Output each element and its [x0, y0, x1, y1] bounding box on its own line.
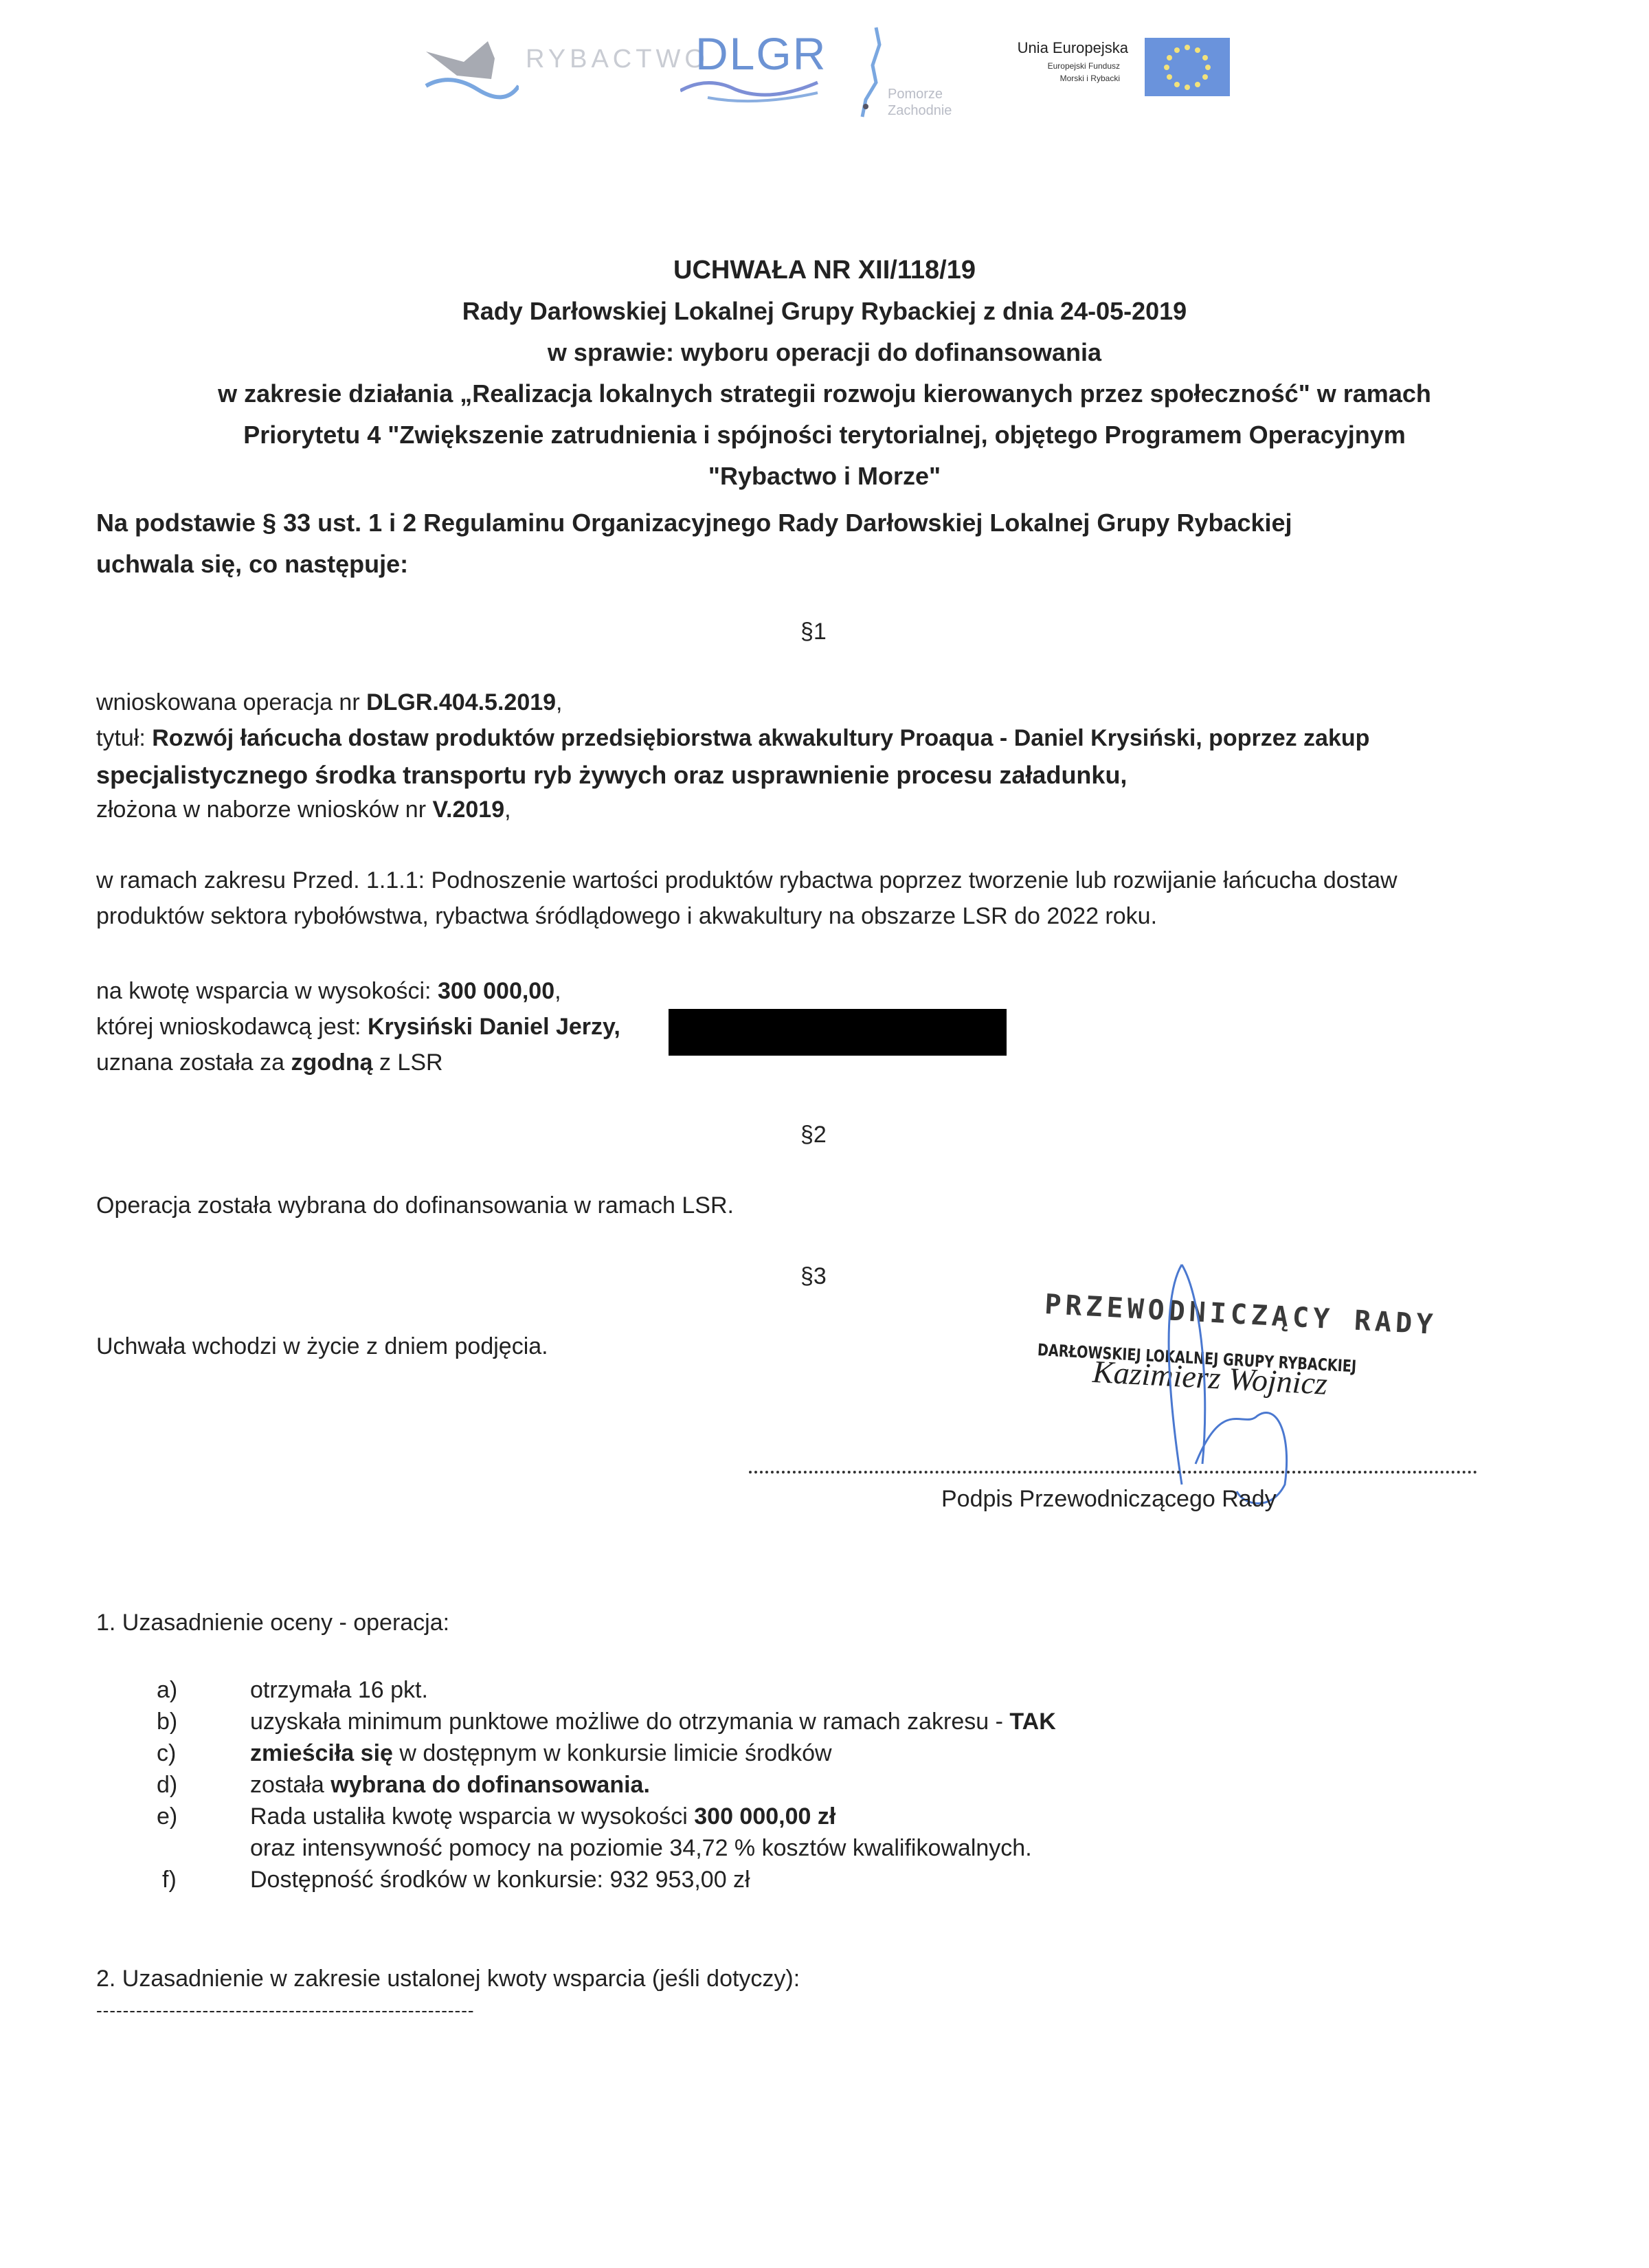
scope-line2: produktów sektora rybołówstwa, rybactwa …	[96, 903, 1157, 930]
resolution-scope-line1: w zakresie działania „Realizacja lokalny…	[0, 379, 1649, 408]
preamble-line1: Na podstawie § 33 ust. 1 i 2 Regulaminu …	[96, 509, 1292, 537]
signature-caption: Podpis Przewodniczącego Rady	[941, 1486, 1277, 1513]
support-amount: 300 000,00	[438, 978, 554, 1004]
griffin-icon	[852, 24, 893, 120]
section2-text: Operacja została wybrana do dofinansowan…	[96, 1192, 734, 1219]
eu-logo: Unia Europejska Europejski Fundusz Morsk…	[1003, 38, 1230, 100]
resolution-title: UCHWAŁA NR XII/118/19	[0, 256, 1649, 285]
support-amount-line: na kwotę wsparcia w wysokości: 300 000,0…	[96, 978, 561, 1005]
section2-symbol: §2	[800, 1122, 827, 1148]
scope-line1: w ramach zakresu Przed. 1.1.1: Podnoszen…	[96, 867, 1398, 894]
wave-icon	[680, 76, 838, 103]
section3-symbol: §3	[800, 1263, 827, 1290]
compliance-status: zgodną	[291, 1049, 373, 1076]
eu-fund-line2: Morski i Rybacki	[1060, 74, 1120, 83]
resolution-subject: w sprawie: wyboru operacji do dofinansow…	[0, 338, 1649, 367]
compliance-line: uznana została za zgodną z LSR	[96, 1049, 443, 1076]
eu-title: Unia Europejska	[1018, 39, 1128, 57]
eu-flag-icon	[1145, 38, 1230, 96]
redacted-address-block	[669, 1009, 1007, 1056]
fish-wave-icon	[423, 38, 519, 100]
justification-heading: 1. Uzasadnienie oceny - operacja:	[96, 1610, 449, 1636]
pomorze-zachodnie-logo: Pomorze Zachodnie	[852, 24, 969, 120]
section1-symbol: §1	[800, 619, 827, 645]
call-number: V.2019	[432, 797, 504, 823]
operation-title-line2: specjalistycznego środka transportu ryb …	[96, 761, 1127, 790]
pomorze-text: Pomorze	[888, 86, 952, 102]
resolution-scope-line3: "Rybactwo i Morze"	[0, 462, 1649, 491]
operation-number: DLGR.404.5.2019	[366, 689, 556, 715]
dlgr-logo: DLGR	[680, 27, 838, 103]
operation-title-line1: tytuł: Rozwój łańcucha dostaw produktów …	[96, 725, 1369, 752]
dlgr-logo-text: DLGR	[695, 27, 827, 80]
justification-list: a) otrzymała 16 pkt. b) uzyskała minimum…	[0, 1677, 1649, 1904]
resolution-council-date: Rady Darłowskiej Lokalnej Grupy Rybackie…	[0, 297, 1649, 326]
signature-line	[749, 1471, 1477, 1474]
section3-text: Uchwała wchodzi w życie z dniem podjęcia…	[96, 1333, 548, 1360]
resolution-scope-line2: Priorytetu 4 "Zwiększenie zatrudnienia i…	[0, 421, 1649, 449]
applicant-line: której wnioskodawcą jest: Krysiński Dani…	[96, 1014, 620, 1041]
eu-fund-line1: Europejski Fundusz	[1048, 61, 1120, 71]
zachodnie-text: Zachodnie	[888, 102, 952, 119]
operation-number-line: wnioskowana operacja nr DLGR.404.5.2019,	[96, 689, 563, 716]
applicant-name: Krysiński Daniel Jerzy,	[368, 1014, 620, 1040]
operation-title: Rozwój łańcucha dostaw produktów przedsi…	[152, 725, 1369, 751]
rybactwo-logo: RYBACTWO	[423, 38, 660, 100]
amount-justification-placeholder: ----------------------------------------…	[96, 2000, 475, 2021]
handwritten-signature-icon	[1154, 1258, 1319, 1519]
amount-justification-heading: 2. Uzasadnienie w zakresie ustalonej kwo…	[96, 1966, 800, 1992]
preamble-line2: uchwala się, co następuje:	[96, 550, 408, 579]
call-number-line: złożona w naborze wniosków nr V.2019,	[96, 797, 511, 823]
